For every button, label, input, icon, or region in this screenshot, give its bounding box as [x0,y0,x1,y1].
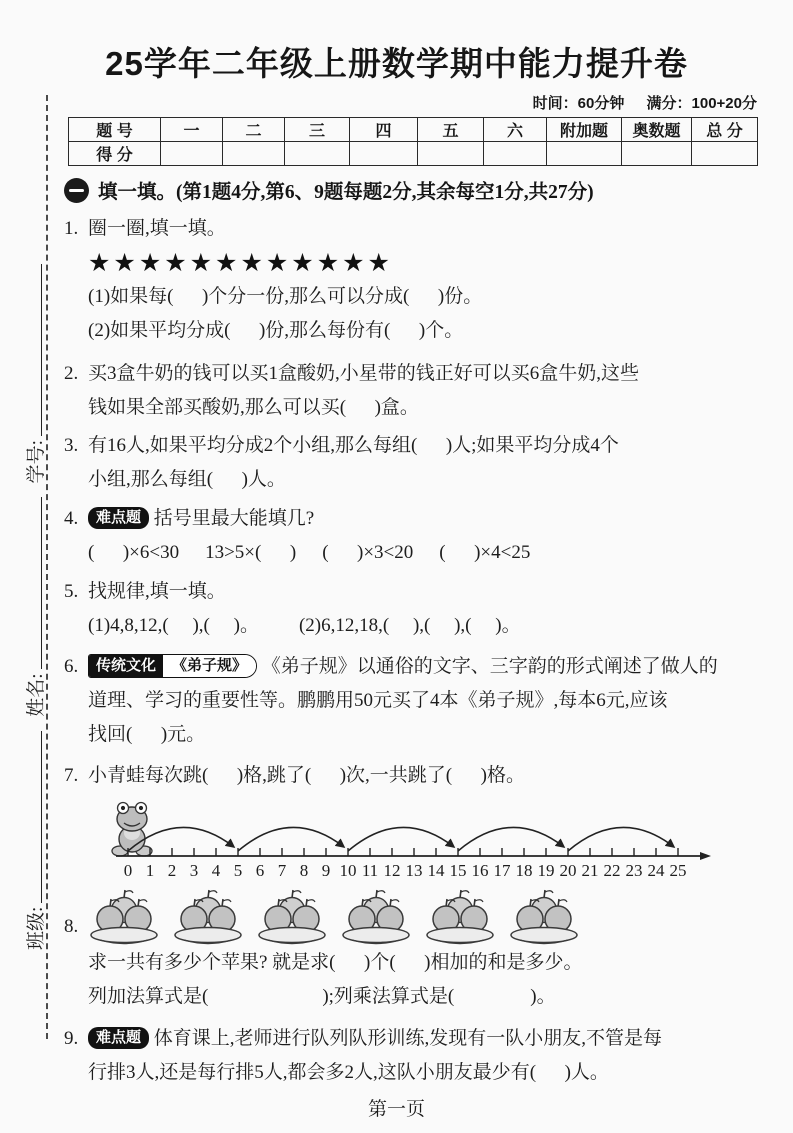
question-8-number: 8. [64,910,88,944]
difficult-question-badge: 难点题 [88,507,149,529]
svg-text:22: 22 [604,861,621,880]
question-4: 4. 难点题 括号里最大能填几? ( )×6<30 13>5×( ) ( )×3… [64,502,764,570]
question-2-line1: 买3盒牛奶的钱可以买1盒酸奶,小星带的钱正好可以买6盒牛奶,这些 [88,357,764,391]
question-9-text1: 体育课上,老师进行队列队形训练,发现有一队小朋友,不管是每 [154,1028,662,1049]
question-9-line2: 行排3人,还是每行排5人,都会多2人,这队小朋友最少有( )人。 [88,1056,764,1090]
svg-text:16: 16 [472,861,489,880]
apple-plate-icon [508,886,580,946]
question-6-number: 6. [64,650,88,684]
section-1-heading-text: 填一填。(第1题4分,第6、9题每题2分,其余每空1分,共27分) [98,176,594,204]
footer-page-number: 第一页 [0,1094,793,1121]
question-8-line1: 求一共有多少个苹果? 就是求( )个( )相加的和是多少。 [88,946,764,980]
question-6-line2: 道理、学习的重要性等。鹏鹏用50元买了4本《弟子规》,每本6元,应该 [88,684,764,718]
svg-text:9: 9 [322,861,331,880]
question-2-number: 2. [64,357,88,391]
class-label: 班级: [26,907,47,950]
traditional-culture-badge: 传统文化《弟子规》 [88,654,257,678]
question-6-text1: 《弟子规》以通俗的文字、三字韵的形式阐述了做人的 [262,656,718,677]
question-4-number: 4. [64,502,88,536]
svg-text:3: 3 [190,861,199,880]
question-6-line1: 传统文化《弟子规》 《弟子规》以通俗的文字、三字韵的形式阐述了做人的 [88,650,764,684]
question-5-sequences: (1)4,8,12,( ),( )。 (2)6,12,18,( ),( ),( … [88,609,764,643]
dizigui-badge-label: 《弟子规》 [163,655,256,677]
question-5-text: 找规律,填一填。 [88,575,764,609]
svg-text:8: 8 [300,861,309,880]
student-info-strip: 班级:姓名:学号: [21,250,48,950]
equation-blank: ( )×6<30 [88,536,179,570]
question-3: 3. 有16人,如果平均分成2个小组,那么每组( )人;如果平均分成4个 小组,… [64,429,764,497]
question-4-head: 难点题 括号里最大能填几? [88,502,764,536]
section-1-badge-bar [69,189,84,193]
question-5: 5. 找规律,填一填。 (1)4,8,12,( ),( )。 (2)6,12,1… [64,575,764,643]
question-1-sub2: (2)如果平均分成( )份,那么每份有( )个。 [88,314,764,348]
svg-text:13: 13 [406,861,423,880]
traditional-culture-badge-label: 传统文化 [89,655,163,677]
equation-blank: 13>5×( ) [205,536,296,570]
svg-text:14: 14 [428,861,446,880]
sequence-1: (1)4,8,12,( ),( )。 [88,609,259,643]
svg-text:7: 7 [278,861,287,880]
question-7-number: 7. [64,759,88,793]
apple-plate-icon [256,886,328,946]
question-9-line1: 难点题 体育课上,老师进行队列队形训练,发现有一队小朋友,不管是每 [88,1022,764,1056]
question-1-text: 圈一圈,填一填。 [88,212,764,246]
svg-text:25: 25 [670,861,687,880]
star-row: ★★★★★★★★★★★★ [88,246,764,280]
question-4-text: 括号里最大能填几? [154,508,314,529]
svg-text:11: 11 [362,861,378,880]
svg-text:23: 23 [626,861,643,880]
question-7: 7. 小青蛙每次跳( )格,跳了( )次,一共跳了( )格。 [64,759,764,793]
svg-text:19: 19 [538,861,555,880]
svg-text:10: 10 [340,861,357,880]
svg-text:0: 0 [124,861,133,880]
svg-text:12: 12 [384,861,401,880]
question-2-line2: 钱如果全部买酸奶,那么可以买( )盒。 [88,391,764,425]
svg-text:18: 18 [516,861,533,880]
exam-body: 一 填一填。(第1题4分,第6、9题每题2分,其余每空1分,共27分) 1. 圈… [64,0,764,1133]
svg-text:5: 5 [234,861,243,880]
equation-blank: ( )×4<25 [439,536,530,570]
svg-text:4: 4 [212,861,221,880]
question-1-sub1: (1)如果每( )个分一份,那么可以分成( )份。 [88,280,764,314]
svg-text:6: 6 [256,861,265,880]
apple-plates-row [88,884,764,946]
svg-text:24: 24 [648,861,666,880]
svg-text:15: 15 [450,861,467,880]
question-1-number: 1. [64,212,88,246]
name-blank-line [23,497,42,669]
number-line: 0123456789101112131415161718192021222324… [114,796,714,888]
question-6: 6. 传统文化《弟子规》 《弟子规》以通俗的文字、三字韵的形式阐述了做人的 道理… [64,650,764,752]
svg-text:20: 20 [560,861,577,880]
name-label: 姓名: [26,673,47,716]
equation-blank: ( )×3<20 [322,536,413,570]
question-7-text: 小青蛙每次跳( )格,跳了( )次,一共跳了( )格。 [88,759,764,793]
class-blank-line [23,731,42,903]
section-1-heading: 一 填一填。(第1题4分,第6、9题每题2分,其余每空1分,共27分) [64,176,594,204]
svg-text:17: 17 [494,861,512,880]
apple-plate-icon [340,886,412,946]
question-8-line2: 列加法算式是( );列乘法算式是( )。 [88,980,764,1014]
question-2: 2. 买3盒牛奶的钱可以买1盒酸奶,小星带的钱正好可以买6盒牛奶,这些 钱如果全… [64,357,764,425]
sequence-2: (2)6,12,18,( ),( ),( )。 [299,609,521,643]
student-id-label: 学号: [26,440,47,483]
apple-plate-icon [88,886,160,946]
svg-text:21: 21 [582,861,599,880]
difficult-question-badge: 难点题 [88,1027,149,1049]
question-5-number: 5. [64,575,88,609]
question-3-number: 3. [64,429,88,463]
svg-text:2: 2 [168,861,177,880]
student-id-blank-line [23,264,42,436]
question-9-number: 9. [64,1022,88,1056]
question-3-line1: 有16人,如果平均分成2个小组,那么每组( )人;如果平均分成4个 [88,429,764,463]
apple-plate-icon [424,886,496,946]
question-8: 8. [64,884,764,1014]
question-6-line3: 找回( )元。 [88,718,764,752]
question-9: 9. 难点题 体育课上,老师进行队列队形训练,发现有一队小朋友,不管是每 行排3… [64,1022,764,1090]
question-1: 1. 圈一圈,填一填。 ★★★★★★★★★★★★ (1)如果每( )个分一份,那… [64,212,764,348]
svg-text:1: 1 [146,861,155,880]
apple-plate-icon [172,886,244,946]
question-3-line2: 小组,那么每组( )人。 [88,463,764,497]
section-1-badge-icon: 一 [64,178,89,203]
question-4-equations: ( )×6<30 13>5×( ) ( )×3<20 ( )×4<25 [88,536,764,570]
